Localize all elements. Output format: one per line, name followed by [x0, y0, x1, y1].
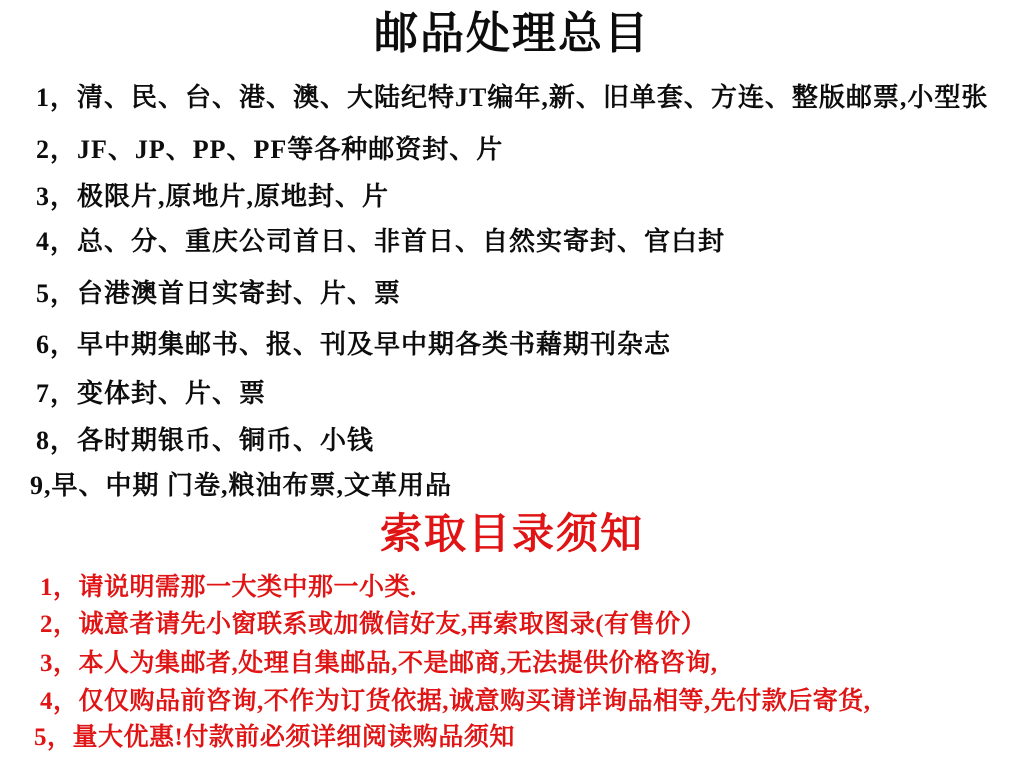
catalog-item-8: 8，各时期银币、铜币、小钱 — [36, 425, 374, 458]
catalog-item-9: 9,早、中期 门卷,粮油布票,文革用品 — [30, 470, 452, 503]
catalog-item-3: 3，极限片,原地片,原地封、片 — [36, 181, 389, 214]
notice-title: 索取目录须知 — [0, 510, 1024, 560]
page-root: 邮品处理总目 1，清、民、台、港、澳、大陆纪特JT编年,新、旧单套、方连、整版邮… — [0, 0, 1024, 768]
catalog-item-4: 4，总、分、重庆公司首日、非首日、自然实寄封、官白封 — [36, 226, 725, 259]
notice-item-4: 4，仅仅购品前咨询,不作为订货依据,诚意购买请详询品相等,先付款后寄货, — [40, 686, 871, 717]
catalog-title: 邮品处理总目 — [0, 8, 1024, 61]
catalog-item-6: 6，早中期集邮书、报、刊及早中期各类书藉期刊杂志 — [36, 329, 671, 362]
notice-item-1: 1，请说明需那一大类中那一小类. — [40, 572, 417, 603]
notice-item-2: 2，诚意者请先小窗联系或加微信好友,再索取图录(有售价） — [40, 609, 706, 640]
catalog-item-7: 7，变体封、片、票 — [36, 378, 266, 411]
catalog-item-1: 1，清、民、台、港、澳、大陆纪特JT编年,新、旧单套、方连、整版邮票,小型张 — [36, 82, 988, 115]
notice-item-3: 3，本人为集邮者,处理自集邮品,不是邮商,无法提供价格咨询, — [40, 648, 718, 679]
catalog-item-2: 2，JF、JP、PP、PF等各种邮资封、片 — [36, 134, 503, 167]
catalog-item-5: 5，台港澳首日实寄封、片、票 — [36, 278, 401, 311]
notice-item-5: 5，量大优惠!付款前必须详细阅读购品须知 — [34, 722, 515, 753]
